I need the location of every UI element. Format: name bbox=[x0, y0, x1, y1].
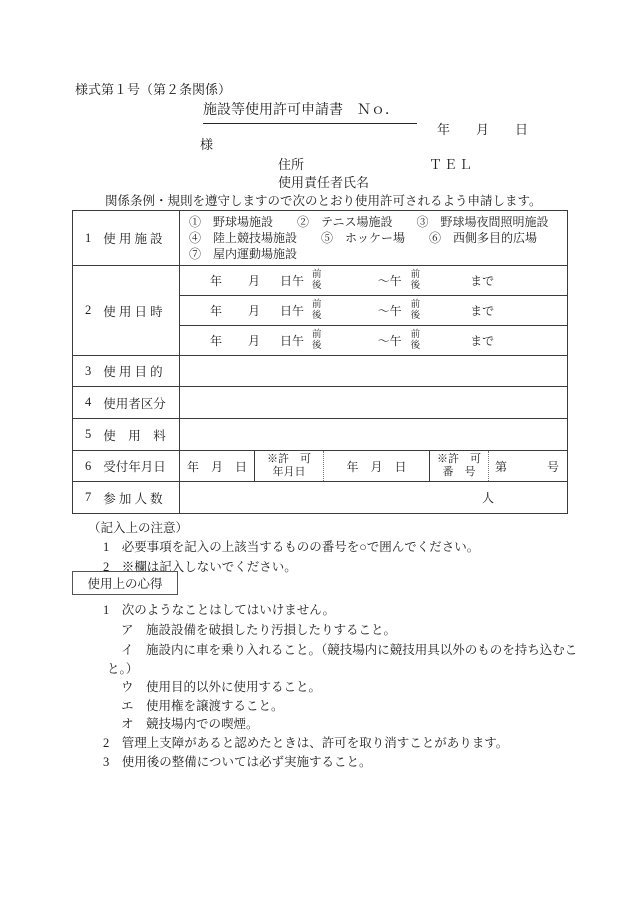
ampm-stack: 前後 bbox=[312, 300, 322, 321]
permit-date-header: ※許 可 年月日 bbox=[254, 451, 324, 481]
application-form-page: 様式第１号（第２条関係） 施設等使用許可申請書 Ｎｏ． 年 月 日 様 住所 Ｔ… bbox=[0, 0, 630, 903]
row-reception-label: 6 受付年月日 bbox=[73, 451, 180, 482]
day-ampm-label: 日午 bbox=[280, 272, 304, 289]
row-number: 3 bbox=[85, 364, 91, 379]
to-ampm-label: ～午 bbox=[378, 272, 402, 289]
notes-title: （記入上の注意） bbox=[88, 518, 188, 536]
permit-number-header-line2: 番 号 bbox=[443, 466, 476, 479]
year-label: 年 bbox=[210, 332, 222, 349]
row-label-text: 使 用 目 的 bbox=[103, 362, 162, 380]
row-facility-label: 1 使 用 施 設 bbox=[73, 211, 180, 266]
ampm-stack: 前後 bbox=[312, 270, 322, 291]
participants-unit-label: 人 bbox=[482, 489, 494, 506]
pm-label: 後 bbox=[411, 341, 421, 352]
pm-label: 後 bbox=[312, 341, 322, 352]
permit-date-header-line1: ※許 可 bbox=[267, 453, 311, 466]
purpose-blank-cell bbox=[180, 356, 568, 387]
pm-label: 後 bbox=[411, 311, 421, 322]
am-label: 前 bbox=[411, 270, 421, 281]
year-label: 年 bbox=[210, 302, 222, 319]
address-label: 住所 bbox=[278, 157, 304, 172]
month-label: 月 bbox=[248, 272, 260, 289]
row-label-text: 参 加 人 数 bbox=[103, 489, 162, 507]
application-table: 1 使 用 施 設 ① 野球場施設 ② テニス場施設 ③ 野球場夜間照明施設 ④… bbox=[72, 210, 568, 514]
permit-date-blank: 年 月 日 bbox=[324, 451, 429, 481]
row-number: 7 bbox=[85, 490, 91, 505]
permit-number-header: ※許 可 番 号 bbox=[429, 451, 489, 481]
row-label-text: 使用者区分 bbox=[103, 394, 166, 412]
row-label-text: 使 用 料 bbox=[103, 426, 166, 444]
addressee-honorific: 様 bbox=[200, 137, 213, 152]
am-label: 前 bbox=[312, 330, 322, 341]
tel-label: ＴＥＬ bbox=[429, 157, 474, 172]
reception-cell: 年 月 日 ※許 可 年月日 年 月 日 ※許 可 番 号 第 号 bbox=[180, 451, 568, 482]
row-fee-label: 5 使 用 料 bbox=[73, 419, 180, 451]
participants-cell: 人 bbox=[180, 482, 568, 514]
permit-number-blank: 第 号 bbox=[489, 451, 567, 481]
facility-options-line-3: ⑦ 屋内運動場施設 bbox=[189, 246, 563, 262]
year-label: 年 bbox=[210, 272, 222, 289]
user-class-blank-cell bbox=[180, 387, 568, 419]
permit-number-header-line1: ※許 可 bbox=[437, 453, 481, 466]
datetime-slot-1: 年 月 日午 前後 ～午 前後 まで bbox=[180, 266, 568, 296]
responsible-person-label: 使用責任者氏名 bbox=[278, 175, 369, 190]
row-user-class: 4 使用者区分 bbox=[73, 387, 568, 419]
until-label: まで bbox=[470, 302, 494, 319]
number-suffix: 号 bbox=[547, 458, 559, 475]
notes-item-1: 1 必要事項を記入の上該当するものの番号を○で囲んでください。 bbox=[103, 537, 479, 555]
form-code: 様式第１号（第２条関係） bbox=[75, 82, 231, 97]
pm-label: 後 bbox=[411, 281, 421, 292]
reception-date-blank: 年 月 日 bbox=[180, 451, 254, 481]
to-ampm-label: ～午 bbox=[378, 302, 402, 319]
usage-rule-item-a: ア 施設設備を破損したり汚損したりすること。 bbox=[121, 620, 396, 638]
row-purpose-label: 3 使 用 目 的 bbox=[73, 356, 180, 387]
usage-rules-heading-box: 使用上の心得 bbox=[72, 571, 178, 595]
month-label: 月 bbox=[248, 332, 260, 349]
number-prefix: 第 bbox=[495, 458, 507, 475]
ampm-stack: 前後 bbox=[411, 300, 421, 321]
to-ampm-label: ～午 bbox=[378, 332, 402, 349]
usage-rule-item-i-line2: と。） bbox=[107, 659, 138, 677]
row-datetime-1: 2 使 用 日 時 年 月 日午 前後 ～午 前後 まで bbox=[73, 266, 568, 296]
row-participants-label: 7 参 加 人 数 bbox=[73, 482, 180, 514]
ampm-stack: 前後 bbox=[312, 330, 322, 351]
row-label-text: 使 用 施 設 bbox=[103, 229, 162, 247]
usage-rule-item-i-line1: イ 施設内に車を乗り入れること。（競技場内に競技用具以外のものを持ち込むこ bbox=[121, 640, 577, 658]
facility-options-line-1: ① 野球場施設 ② テニス場施設 ③ 野球場夜間照明施設 bbox=[189, 214, 563, 230]
usage-rule-3: 3 使用後の整備については必ず実施すること。 bbox=[103, 752, 372, 770]
am-label: 前 bbox=[312, 270, 322, 281]
row-user-class-label: 4 使用者区分 bbox=[73, 387, 180, 419]
row-datetime-label: 2 使 用 日 時 bbox=[73, 266, 180, 356]
row-facility: 1 使 用 施 設 ① 野球場施設 ② テニス場施設 ③ 野球場夜間照明施設 ④… bbox=[73, 211, 568, 266]
usage-rule-item-u: ウ 使用目的以外に使用すること。 bbox=[121, 677, 321, 695]
facility-options-cell: ① 野球場施設 ② テニス場施設 ③ 野球場夜間照明施設 ④ 陸上競技場施設 ⑤… bbox=[180, 211, 568, 266]
pm-label: 後 bbox=[312, 311, 322, 322]
row-label-text: 受付年月日 bbox=[103, 457, 166, 475]
row-participants: 7 参 加 人 数 人 bbox=[73, 482, 568, 514]
row-reception: 6 受付年月日 年 月 日 ※許 可 年月日 年 月 日 ※許 可 番 号 bbox=[73, 451, 568, 482]
usage-rule-item-e: エ 使用権を譲渡すること。 bbox=[121, 696, 284, 714]
am-label: 前 bbox=[411, 300, 421, 311]
until-label: まで bbox=[470, 272, 494, 289]
day-ampm-label: 日午 bbox=[280, 302, 304, 319]
datetime-slot-2: 年 月 日午 前後 ～午 前後 まで bbox=[180, 296, 568, 326]
datetime-slot-3: 年 月 日午 前後 ～午 前後 まで bbox=[180, 326, 568, 356]
ampm-stack: 前後 bbox=[411, 330, 421, 351]
row-number: 5 bbox=[85, 427, 91, 442]
facility-options-line-2: ④ 陸上競技場施設 ⑤ ホッケー場 ⑥ 西側多目的広場 bbox=[189, 230, 563, 246]
day-ampm-label: 日午 bbox=[280, 332, 304, 349]
pm-label: 後 bbox=[312, 281, 322, 292]
row-number: 2 bbox=[85, 303, 91, 318]
date-blank-line: 年 月 日 bbox=[437, 122, 528, 137]
row-number: 6 bbox=[85, 459, 91, 474]
month-label: 月 bbox=[248, 302, 260, 319]
declaration-text: 関係条例・規則を遵守しますので次のとおり使用許可されるよう申請します。 bbox=[105, 191, 542, 209]
ampm-stack: 前後 bbox=[411, 270, 421, 291]
row-fee: 5 使 用 料 bbox=[73, 419, 568, 451]
row-number: 4 bbox=[85, 395, 91, 410]
permit-date-header-line2: 年月日 bbox=[273, 466, 306, 479]
usage-rule-2: 2 管理上支障があると認めたときは、許可を取り消すことがあります。 bbox=[103, 733, 508, 751]
usage-rule-item-o: オ 競技場内での喫煙。 bbox=[121, 714, 259, 732]
am-label: 前 bbox=[411, 330, 421, 341]
form-title: 施設等使用許可申請書 Ｎｏ． bbox=[203, 99, 417, 124]
usage-rule-1: 1 次のようなことはしてはいけません。 bbox=[103, 600, 335, 618]
am-label: 前 bbox=[312, 300, 322, 311]
row-purpose: 3 使 用 目 的 bbox=[73, 356, 568, 387]
row-label-text: 使 用 日 時 bbox=[103, 302, 162, 320]
until-label: まで bbox=[470, 332, 494, 349]
fee-blank-cell bbox=[180, 419, 568, 451]
row-number: 1 bbox=[85, 231, 91, 246]
